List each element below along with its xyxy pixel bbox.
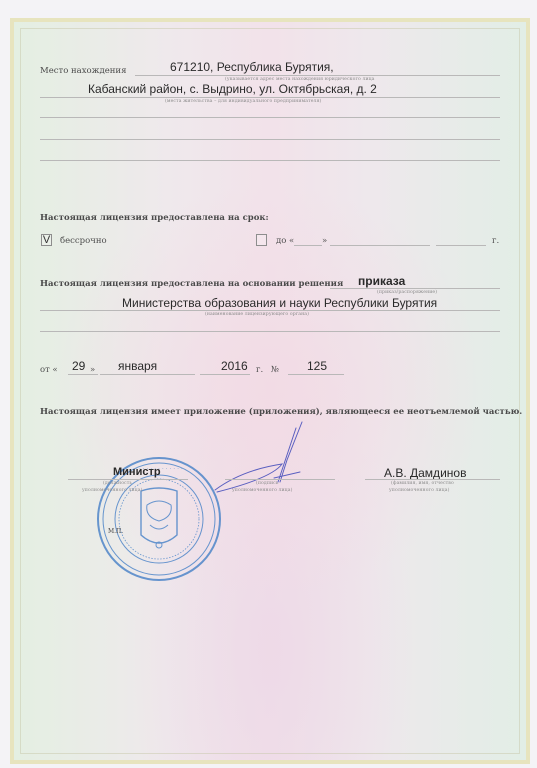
name-caption-2: уполномоченного лица)	[389, 488, 449, 493]
name-rule	[365, 479, 500, 480]
location-label: Место нахождения	[40, 66, 126, 76]
location-line-2: Кабанский район, с. Выдрино, ул. Октябрь…	[88, 82, 377, 96]
location-rule-2	[40, 97, 500, 98]
position-rule	[68, 479, 188, 480]
blank-rule-2	[40, 139, 500, 140]
position-caption-1: (должность	[103, 481, 132, 486]
location-rule-1	[135, 75, 500, 76]
location-line-1: 671210, Республика Бурятия,	[170, 60, 334, 74]
blank-rule-3	[40, 160, 500, 161]
signer-position: Министр	[113, 466, 161, 478]
appendix-note: Настоящая лицензия имеет приложение (при…	[40, 407, 522, 417]
position-caption-2: уполномоченного лица)	[82, 488, 142, 493]
until-month-rule	[330, 245, 430, 246]
signature-caption-2: уполномоченного лица)	[232, 488, 292, 493]
name-caption-1: (фамилия, имя, отчество	[391, 481, 454, 486]
decision-type-rule	[330, 288, 500, 289]
indefinite-checkbox[interactable]: V	[41, 234, 52, 246]
decision-day: 29	[72, 359, 85, 373]
blank-rule-4	[40, 331, 500, 332]
decorative-frame	[20, 28, 520, 754]
seal-label: М.П.	[108, 528, 123, 535]
month-rule	[100, 374, 195, 375]
authority-caption: (наименование лицензирующего органа)	[205, 312, 309, 317]
until-year-rule	[436, 245, 486, 246]
year-suffix: г.	[256, 365, 263, 375]
decision-month: января	[118, 359, 157, 373]
term-label: Настоящая лицензия предоставлена на срок…	[40, 213, 269, 223]
signature-caption-1: (подпись	[256, 481, 278, 486]
blank-rule-1	[40, 117, 500, 118]
location-caption-2: (места жительства – для индивидуального …	[165, 99, 321, 104]
decision-year: 2016	[221, 359, 248, 373]
signature-rule	[225, 479, 335, 480]
until-checkbox[interactable]	[256, 234, 267, 246]
decision-number: 125	[307, 359, 327, 373]
date-prefix: от «	[40, 365, 58, 375]
day-rule	[68, 374, 98, 375]
indefinite-label: бессрочно	[60, 236, 107, 246]
authority-rule	[40, 310, 500, 311]
year-rule	[200, 374, 250, 375]
until-day-rule	[294, 245, 322, 246]
decision-type-caption: (приказ/распоряжение)	[377, 290, 437, 295]
license-sheet	[10, 18, 530, 764]
number-rule	[288, 374, 344, 375]
number-sign: №	[271, 365, 279, 375]
signer-name: А.В. Дамдинов	[384, 466, 466, 480]
basis-label: Настоящая лицензия предоставлена на осно…	[40, 279, 343, 289]
licensing-authority: Министерства образования и науки Республ…	[122, 296, 437, 310]
until-suffix: г.	[492, 236, 499, 246]
decision-type: приказа	[358, 274, 405, 288]
until-mid: »	[322, 236, 327, 246]
until-prefix: до «	[276, 236, 294, 246]
